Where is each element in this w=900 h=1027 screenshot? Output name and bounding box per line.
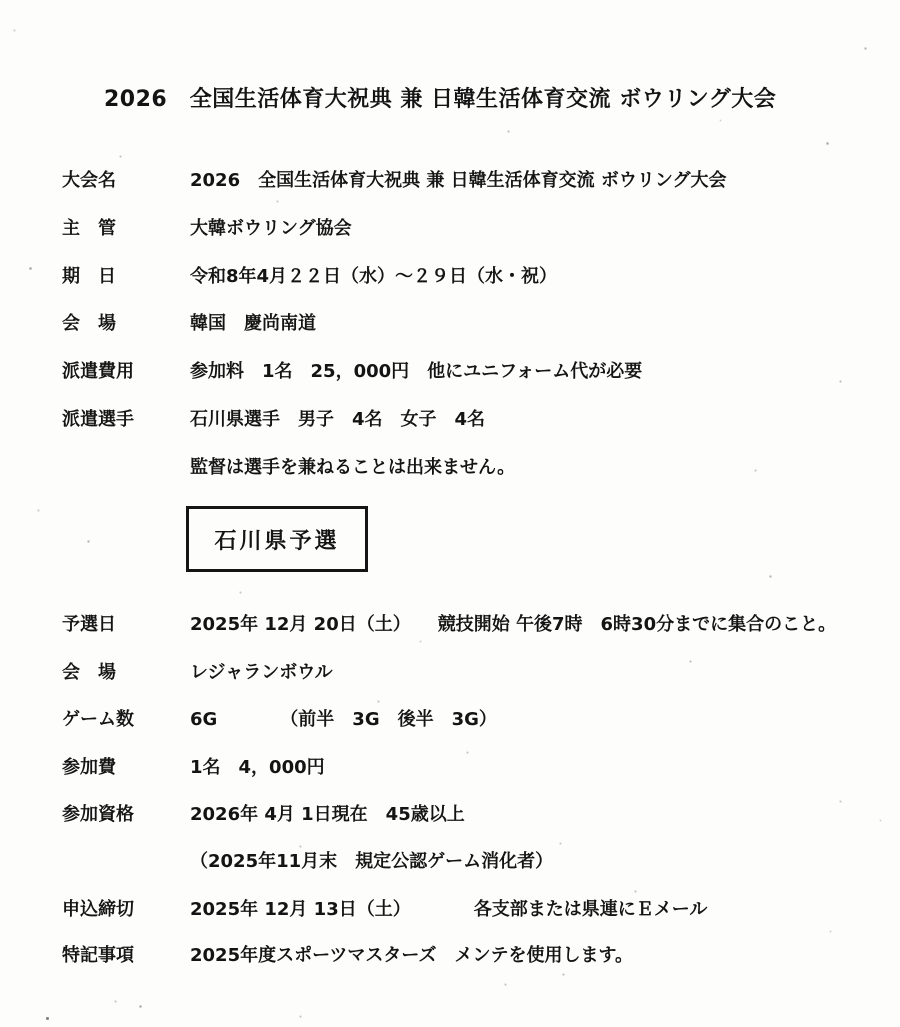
- field-value: 6G （前半 3G 後半 3G）: [190, 705, 497, 731]
- field-row-taikaimei: 大会名 2026 全国生活体育大祝典 兼 日韓生活体育交流 ボウリング大会: [0, 166, 900, 192]
- field-row-sankahi: 参加費 1名 4，000円: [0, 753, 900, 779]
- field-row-game-su: ゲーム数 6G （前半 3G 後半 3G）: [0, 705, 900, 731]
- field-row-yosenbi: 予選日 2025年 12月 20日（土） 競技開始 午後7時 6時30分までに集…: [0, 610, 900, 636]
- field-value: 2026 全国生活体育大祝典 兼 日韓生活体育交流 ボウリング大会: [190, 166, 727, 192]
- field-value: 石川県選手 男子 4名 女子 4名: [190, 405, 485, 431]
- field-value: 韓国 慶尚南道: [190, 309, 316, 335]
- field-row-moshikomi-shimekiri: 申込締切 2025年 12月 13日（土） 各支部または県連にＥメール: [0, 895, 900, 921]
- field-row-haken-hiyo: 派遣費用 参加料 1名 25，000円 他にユニフォーム代が必要: [0, 357, 900, 383]
- page-title: 2026 全国生活体育大祝典 兼 日韓生活体育交流 ボウリング大会: [104, 82, 776, 113]
- field-label: ゲーム数: [62, 705, 134, 731]
- field-value: レジャランボウル: [190, 658, 333, 684]
- field-label: 会 場: [62, 658, 116, 684]
- field-label: 主 管: [62, 214, 116, 240]
- field-row-yosen-kaijo: 会 場 レジャランボウル: [0, 658, 900, 684]
- field-label: 期 日: [62, 262, 116, 288]
- field-value: 2025年 12月 20日（土） 競技開始 午後7時 6時30分までに集合のこと…: [190, 610, 836, 636]
- field-label: 大会名: [62, 166, 116, 192]
- field-value: 令和8年4月２２日（水）～２９日（水・祝）: [190, 262, 557, 288]
- scanned-notice-page: 2026 全国生活体育大祝典 兼 日韓生活体育交流 ボウリング大会 大会名 20…: [0, 0, 900, 1027]
- scan-noise-speckles: [0, 0, 1, 1]
- field-row-kijitsu: 期 日 令和8年4月２２日（水）～２９日（水・祝）: [0, 262, 900, 288]
- field-label: 参加資格: [62, 800, 134, 826]
- field-row-haken-senshu: 派遣選手 石川県選手 男子 4名 女子 4名: [0, 405, 900, 431]
- field-value: 大韓ボウリング協会: [190, 214, 352, 240]
- field-label: 派遣費用: [62, 357, 134, 383]
- field-label: 予選日: [62, 610, 116, 636]
- field-label: 申込締切: [62, 895, 134, 921]
- field-value: 2025年 12月 13日（土） 各支部または県連にＥメール: [190, 895, 707, 921]
- field-row-kaijo: 会 場 韓国 慶尚南道: [0, 309, 900, 335]
- field-row-shukan: 主 管 大韓ボウリング協会: [0, 214, 900, 240]
- field-value: 2026年 4月 1日現在 45歳以上: [190, 800, 465, 826]
- field-label: 会 場: [62, 309, 116, 335]
- prefecture-qualifier-box: 石川県予選: [186, 506, 368, 572]
- qualifier-box-label: 石川県予選: [214, 524, 339, 555]
- field-row-kantoku-note: 監督は選手を兼ねることは出来ません。: [0, 453, 900, 479]
- field-value: 2025年度スポーツマスターズ メンテを使用します。: [190, 941, 633, 967]
- field-label: 参加費: [62, 753, 116, 779]
- field-row-shikaku-note: （2025年11月末 規定公認ゲーム消化者）: [0, 847, 900, 873]
- field-label: 派遣選手: [62, 405, 134, 431]
- field-value: 参加料 1名 25，000円 他にユニフォーム代が必要: [190, 357, 642, 383]
- field-value: （2025年11月末 規定公認ゲーム消化者）: [190, 847, 553, 873]
- field-row-tokki-jiko: 特記事項 2025年度スポーツマスターズ メンテを使用します。: [0, 941, 900, 967]
- field-label: 特記事項: [62, 941, 134, 967]
- field-value: 1名 4，000円: [190, 753, 325, 779]
- field-row-sanka-shikaku: 参加資格 2026年 4月 1日現在 45歳以上: [0, 800, 900, 826]
- field-value: 監督は選手を兼ねることは出来ません。: [190, 453, 515, 479]
